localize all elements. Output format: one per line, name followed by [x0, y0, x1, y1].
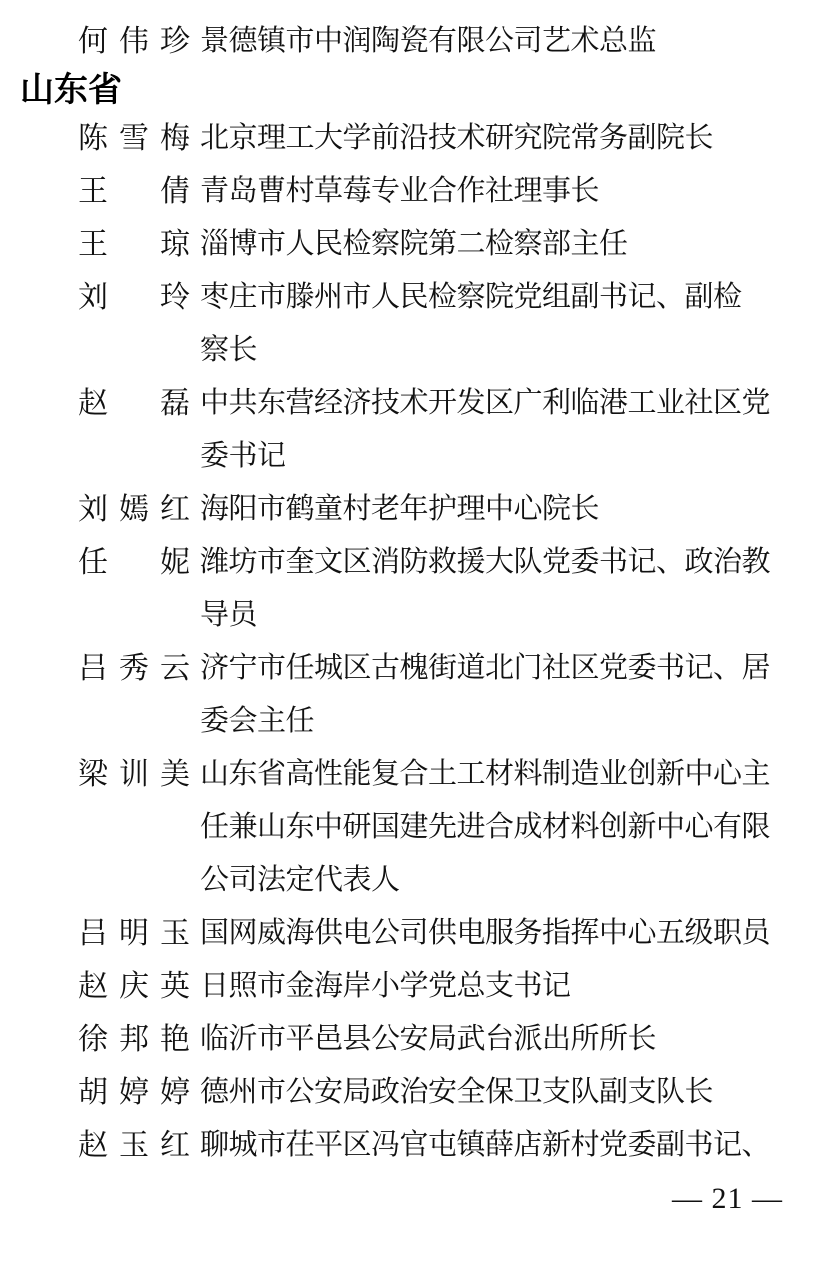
name-char: 胡	[78, 1066, 108, 1119]
person-name: 赵庆英	[78, 960, 190, 1013]
honoree-entry: 陈雪梅 北京理工大学前沿技术研究院常务副院长	[0, 112, 828, 165]
person-title: 青岛曹村草莓专业合作社理事长	[200, 165, 599, 218]
name-char: 王	[78, 165, 108, 218]
name-char: 秀	[119, 642, 149, 695]
person-name: 吕秀云	[78, 642, 190, 695]
person-name: 刘嫣红	[78, 483, 190, 536]
entry-list-continuation: 何伟珍 景德镇市中润陶瓷有限公司艺术总监	[0, 15, 828, 68]
name-char: 嫣	[119, 483, 149, 536]
person-title: 德州市公安局政治安全保卫支队副支队长	[200, 1066, 713, 1119]
honoree-entry: 赵磊 中共东营经济技术开发区广利临港工业社区党委书记	[0, 377, 828, 483]
person-name: 吕明玉	[78, 907, 190, 960]
title-line: 淄博市人民检察院第二检察部主任	[200, 218, 628, 271]
title-line: 海阳市鹤童村老年护理中心院长	[200, 483, 599, 536]
document-page: 何伟珍 景德镇市中润陶瓷有限公司艺术总监 山东省 陈雪梅 北京理工大学前沿技术研…	[0, 0, 828, 1280]
page-number: — 21 —	[0, 1172, 828, 1225]
name-char: 王	[78, 218, 108, 271]
name-char: 训	[119, 748, 149, 801]
person-name: 王倩	[78, 165, 190, 218]
honoree-entry: 任妮 潍坊市奎文区消防救援大队党委书记、政治教导员	[0, 536, 828, 642]
name-char: 伟	[119, 15, 149, 68]
person-title: 国网威海供电公司供电服务指挥中心五级职员	[200, 907, 770, 960]
person-name: 赵玉红	[78, 1119, 190, 1172]
honoree-entry: 王琼 淄博市人民检察院第二检察部主任	[0, 218, 828, 271]
person-title: 聊城市茌平区冯官屯镇薛店新村党委副书记、	[200, 1119, 770, 1172]
name-char: 赵	[78, 377, 108, 430]
title-line: 察长	[200, 324, 742, 377]
title-line: 导员	[200, 589, 770, 642]
honoree-entry: 赵庆英 日照市金海岸小学党总支书记	[0, 960, 828, 1013]
name-char: 艳	[160, 1013, 190, 1066]
name-char: 玲	[160, 271, 190, 324]
person-title: 淄博市人民检察院第二检察部主任	[200, 218, 628, 271]
name-char: 磊	[160, 377, 190, 430]
person-title: 景德镇市中润陶瓷有限公司艺术总监	[200, 15, 656, 68]
title-line: 任兼山东中研国建先进合成材料创新中心有限	[200, 801, 770, 854]
name-char: 邦	[119, 1013, 149, 1066]
person-title: 枣庄市滕州市人民检察院党组副书记、副检察长	[200, 271, 742, 377]
name-char: 红	[160, 483, 190, 536]
name-char: 妮	[160, 536, 190, 589]
honoree-entry: 刘玲 枣庄市滕州市人民检察院党组副书记、副检察长	[0, 271, 828, 377]
name-char: 雪	[119, 112, 149, 165]
title-line: 德州市公安局政治安全保卫支队副支队长	[200, 1066, 713, 1119]
person-title: 日照市金海岸小学党总支书记	[200, 960, 571, 1013]
person-name: 何伟珍	[78, 15, 190, 68]
honoree-entry: 梁训美 山东省高性能复合土工材料制造业创新中心主任兼山东中研国建先进合成材料创新…	[0, 748, 828, 907]
name-char: 琼	[160, 218, 190, 271]
name-char: 英	[160, 960, 190, 1013]
name-char: 玉	[160, 907, 190, 960]
person-name: 赵磊	[78, 377, 190, 430]
name-char: 刘	[78, 271, 108, 324]
person-title: 海阳市鹤童村老年护理中心院长	[200, 483, 599, 536]
title-line: 青岛曹村草莓专业合作社理事长	[200, 165, 599, 218]
name-char: 红	[160, 1119, 190, 1172]
honoree-entry: 刘嫣红 海阳市鹤童村老年护理中心院长	[0, 483, 828, 536]
person-title: 山东省高性能复合土工材料制造业创新中心主任兼山东中研国建先进合成材料创新中心有限…	[200, 748, 770, 907]
name-char: 刘	[78, 483, 108, 536]
title-line: 委书记	[200, 430, 770, 483]
person-name: 梁训美	[78, 748, 190, 801]
title-line: 国网威海供电公司供电服务指挥中心五级职员	[200, 907, 770, 960]
entry-list: 陈雪梅 北京理工大学前沿技术研究院常务副院长 王倩 青岛曹村草莓专业合作社理事长…	[0, 112, 828, 1172]
honoree-entry: 徐邦艳 临沂市平邑县公安局武台派出所所长	[0, 1013, 828, 1066]
honoree-entry: 何伟珍 景德镇市中润陶瓷有限公司艺术总监	[0, 15, 828, 68]
title-line: 公司法定代表人	[200, 854, 770, 907]
title-line: 中共东营经济技术开发区广利临港工业社区党	[200, 377, 770, 430]
honoree-entry: 吕秀云 济宁市任城区古槐街道北门社区党委书记、居委会主任	[0, 642, 828, 748]
name-char: 倩	[160, 165, 190, 218]
person-name: 徐邦艳	[78, 1013, 190, 1066]
person-title: 济宁市任城区古槐街道北门社区党委书记、居委会主任	[200, 642, 770, 748]
name-char: 徐	[78, 1013, 108, 1066]
person-name: 刘玲	[78, 271, 190, 324]
name-char: 梁	[78, 748, 108, 801]
title-line: 山东省高性能复合土工材料制造业创新中心主	[200, 748, 770, 801]
title-line: 聊城市茌平区冯官屯镇薛店新村党委副书记、	[200, 1119, 770, 1172]
name-char: 玉	[119, 1119, 149, 1172]
name-char: 梅	[160, 112, 190, 165]
title-line: 北京理工大学前沿技术研究院常务副院长	[200, 112, 713, 165]
title-line: 济宁市任城区古槐街道北门社区党委书记、居	[200, 642, 770, 695]
honoree-entry: 王倩 青岛曹村草莓专业合作社理事长	[0, 165, 828, 218]
title-line: 枣庄市滕州市人民检察院党组副书记、副检	[200, 271, 742, 324]
name-char: 赵	[78, 960, 108, 1013]
honoree-entry: 赵玉红 聊城市茌平区冯官屯镇薛店新村党委副书记、	[0, 1119, 828, 1172]
name-char: 婷	[119, 1066, 149, 1119]
name-char: 珍	[160, 15, 190, 68]
honoree-entry: 胡婷婷 德州市公安局政治安全保卫支队副支队长	[0, 1066, 828, 1119]
title-line: 临沂市平邑县公安局武台派出所所长	[200, 1013, 656, 1066]
name-char: 何	[78, 15, 108, 68]
person-title: 潍坊市奎文区消防救援大队党委书记、政治教导员	[200, 536, 770, 642]
name-char: 婷	[160, 1066, 190, 1119]
title-line: 日照市金海岸小学党总支书记	[200, 960, 571, 1013]
person-name: 胡婷婷	[78, 1066, 190, 1119]
person-name: 任妮	[78, 536, 190, 589]
name-char: 明	[119, 907, 149, 960]
title-line: 景德镇市中润陶瓷有限公司艺术总监	[200, 15, 656, 68]
name-char: 陈	[78, 112, 108, 165]
name-char: 云	[160, 642, 190, 695]
person-title: 临沂市平邑县公安局武台派出所所长	[200, 1013, 656, 1066]
title-line: 委会主任	[200, 695, 770, 748]
name-char: 吕	[78, 907, 108, 960]
name-char: 美	[160, 748, 190, 801]
name-char: 任	[78, 536, 108, 589]
name-char: 赵	[78, 1119, 108, 1172]
honoree-entry: 吕明玉 国网威海供电公司供电服务指挥中心五级职员	[0, 907, 828, 960]
person-title: 中共东营经济技术开发区广利临港工业社区党委书记	[200, 377, 770, 483]
person-title: 北京理工大学前沿技术研究院常务副院长	[200, 112, 713, 165]
name-char: 庆	[119, 960, 149, 1013]
person-name: 陈雪梅	[78, 112, 190, 165]
section-heading-shandong: 山东省	[0, 68, 828, 112]
person-name: 王琼	[78, 218, 190, 271]
name-char: 吕	[78, 642, 108, 695]
title-line: 潍坊市奎文区消防救援大队党委书记、政治教	[200, 536, 770, 589]
